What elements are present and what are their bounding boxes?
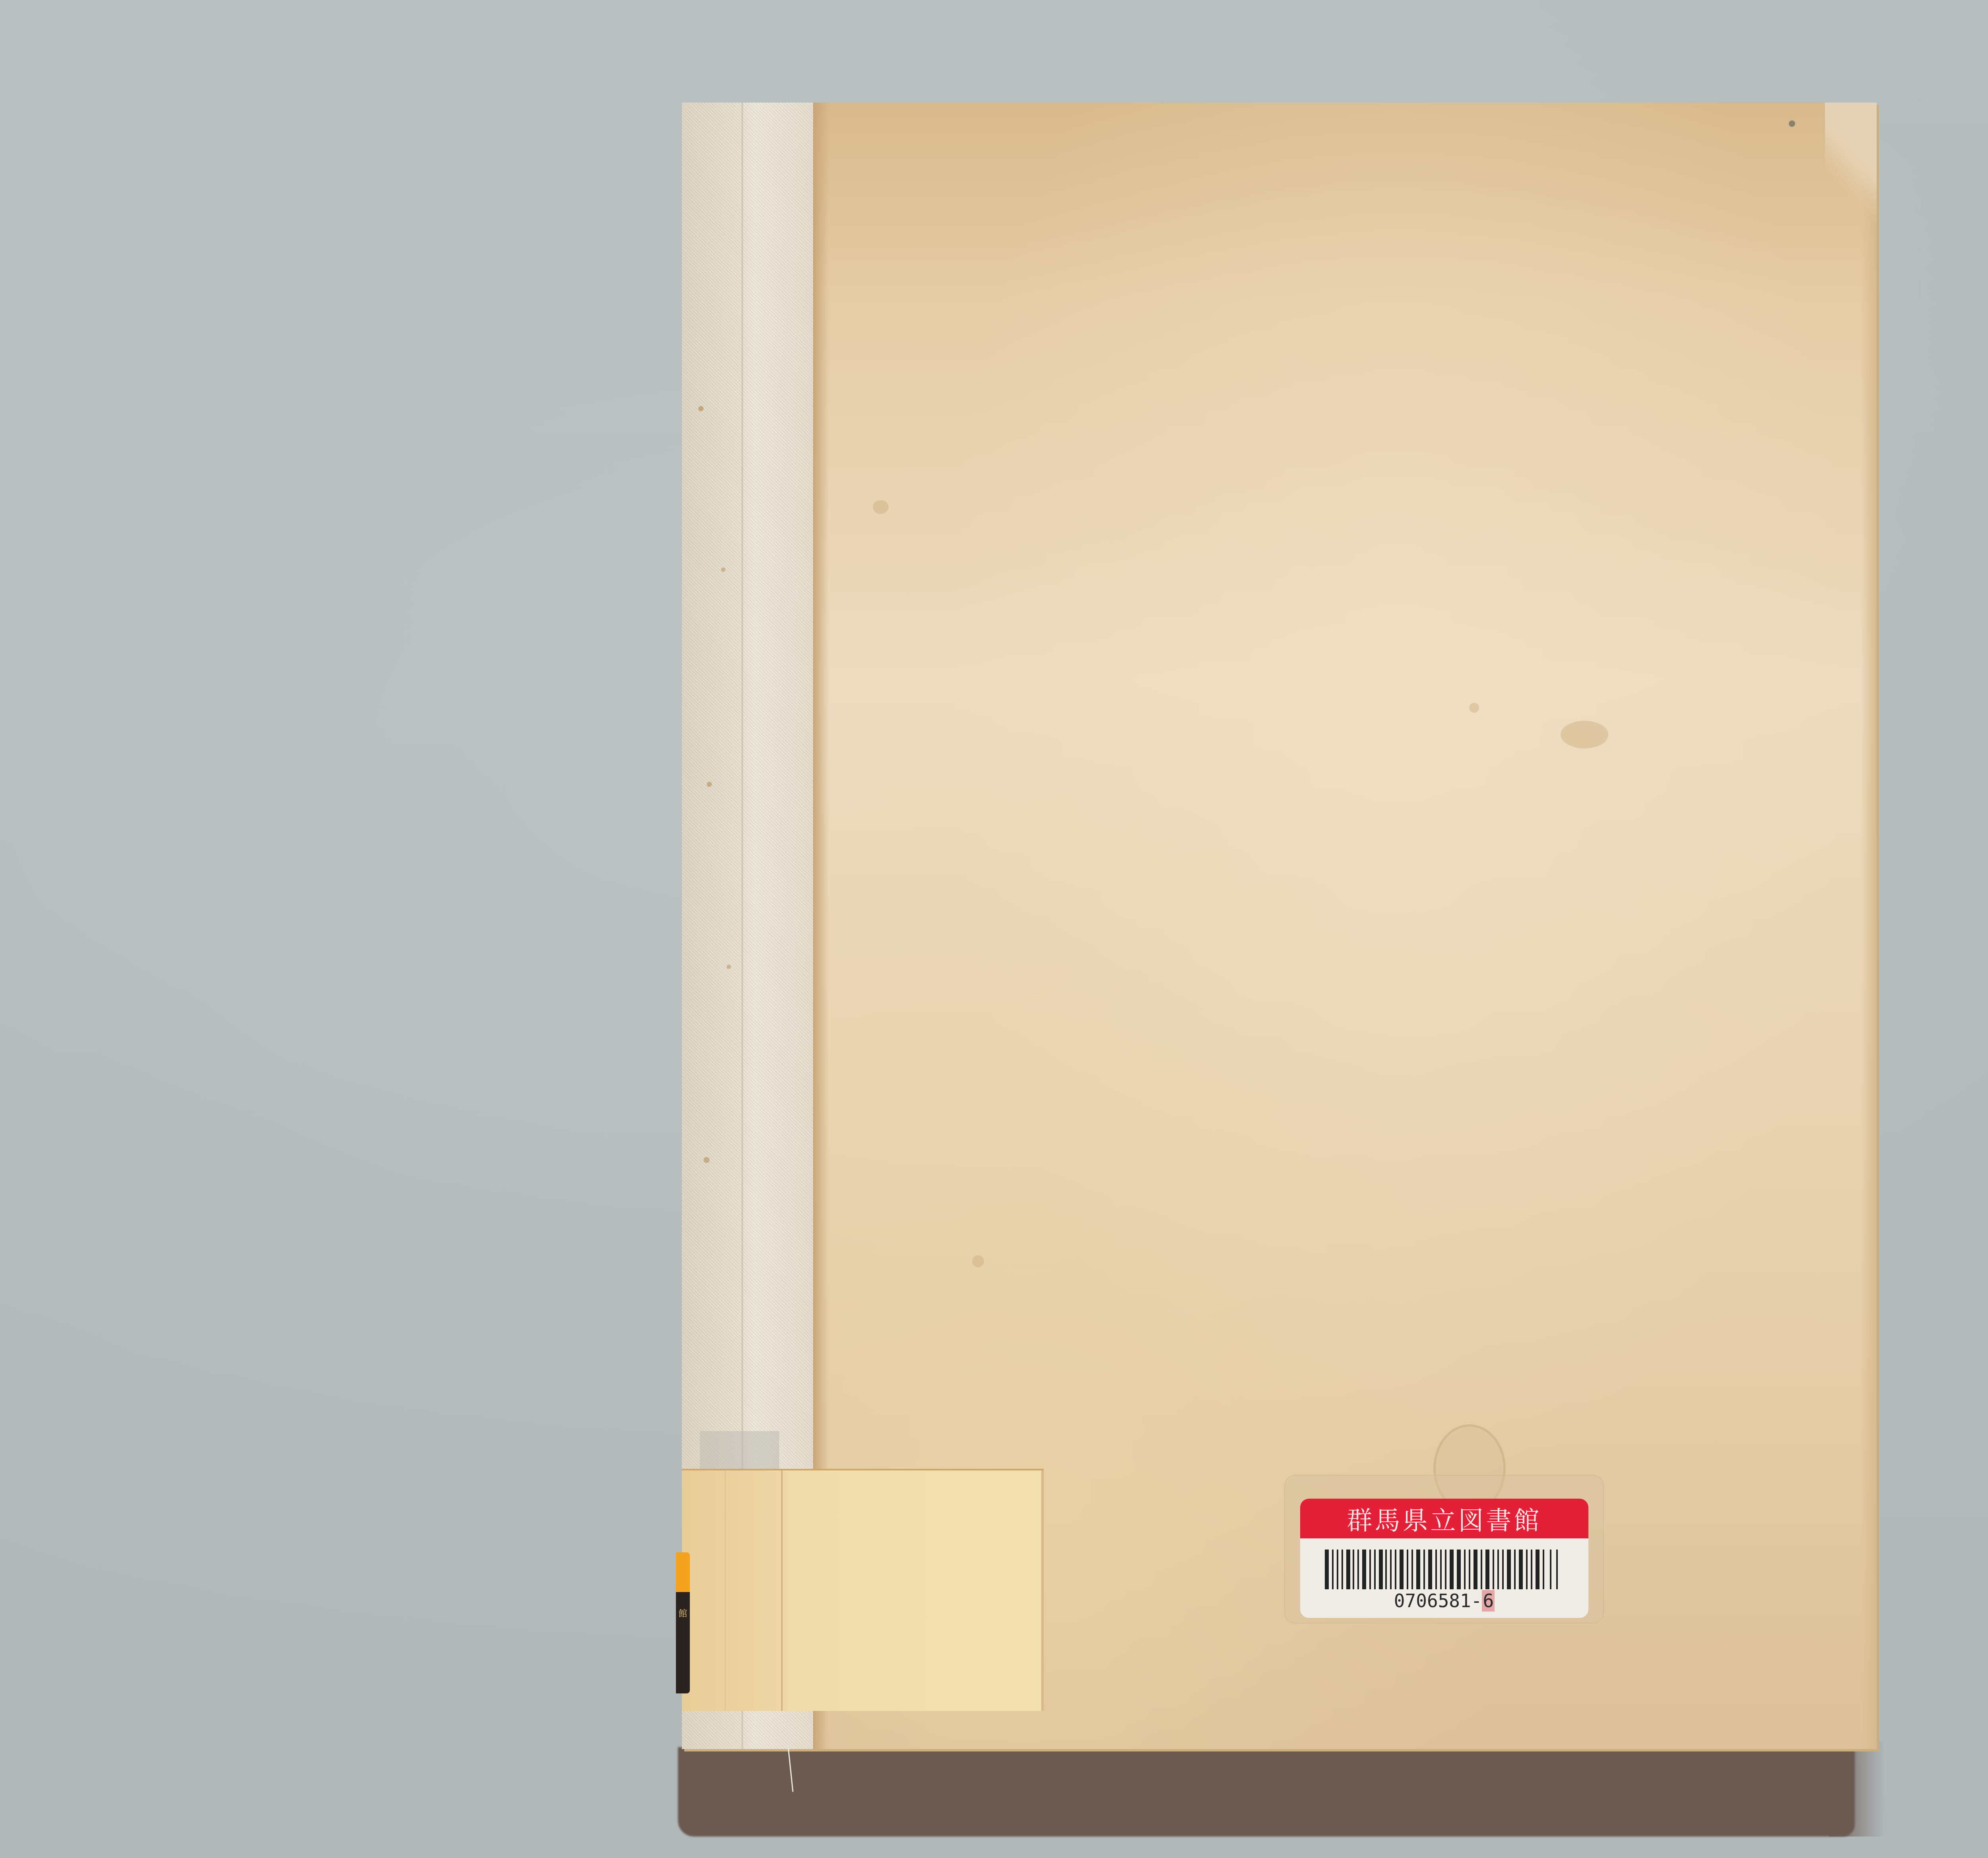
stain xyxy=(873,500,889,514)
spine-label-orange-band xyxy=(676,1552,690,1592)
barcode-icon xyxy=(1325,1550,1563,1589)
barcode-digits: 0706581- xyxy=(1394,1590,1482,1612)
library-name: 群馬県立図書館 xyxy=(1300,1499,1588,1538)
worn-corner xyxy=(1825,103,1877,254)
spine-call-number-label: 館 xyxy=(676,1552,690,1693)
book-shadow xyxy=(678,1747,1855,1837)
book-shadow-fade xyxy=(1829,1741,1885,1837)
stain xyxy=(972,1255,984,1267)
tape-seam xyxy=(725,1470,726,1711)
library-barcode-sticker: 群馬県立図書館 xyxy=(1300,1499,1588,1618)
book: 群馬県立図書館 xyxy=(682,103,1877,1749)
stain xyxy=(1469,703,1479,713)
tape-seam xyxy=(781,1470,782,1711)
spine-label-text: 館 xyxy=(676,1592,690,1693)
spine-foxing xyxy=(690,301,745,1375)
pin-hole xyxy=(1789,120,1795,127)
cover-right-edge xyxy=(1861,103,1877,1749)
tape-edge xyxy=(1041,1470,1044,1711)
repair-tape-block xyxy=(682,1469,1044,1711)
grey-tape-patch xyxy=(700,1431,779,1471)
stain xyxy=(1561,721,1608,749)
barcode-check-digit: 6 xyxy=(1482,1590,1495,1612)
barcode-number: 0706581-6 xyxy=(1300,1590,1588,1612)
